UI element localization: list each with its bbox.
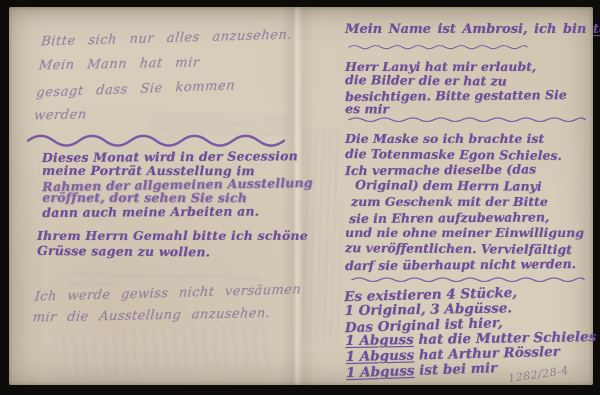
handwriting-line: Original) dem Herrn Lanyi — [345, 177, 584, 195]
wavy-divider — [352, 274, 584, 284]
handwriting-line: Ihrem Herrn Gemahl bitte ich schöne — [37, 228, 308, 244]
left-page-secession-block: Dieses Monat wird in der Secession meine… — [42, 149, 313, 220]
handwriting-line: zu veröffentlichen. Vervielfältigt — [345, 240, 584, 258]
handwriting-line: werden — [33, 99, 286, 129]
handwriting-line: dann auch meine Arbeiten an. — [42, 204, 313, 220]
handwriting-line: zum Geschenk mit der Bitte — [345, 194, 584, 210]
handwriting-line: Grüsse sagen zu wollen. — [37, 242, 308, 260]
handwriting-line: sie in Ehren aufzubewahren, — [345, 208, 584, 226]
handwriting-line: Mein Name ist Ambrosi, ich bin — [345, 22, 586, 37]
handwriting-line: und nie ohne meiner Einwilligung — [345, 225, 584, 241]
handwriting-line: eröffnet, dort sehen Sie sich — [42, 191, 313, 205]
wavy-divider — [349, 114, 585, 124]
handwriting-line: Die Maske so ich brachte ist — [345, 131, 584, 147]
handwriting-line: darf sie überhaupt nicht werden. — [345, 256, 584, 274]
right-page-permission-block: Herr Lanyi hat mir erlaubt, die Bilder d… — [345, 60, 567, 117]
left-page-reply-block: Bitte sich nur alles anzusehen. Mein Man… — [33, 23, 293, 130]
left-page-greeting-block: Ihrem Herrn Gemahl bitte ich schöne Grüs… — [37, 228, 308, 259]
right-page-mask-block: Die Maske so ich brachte ist die Totenma… — [345, 131, 584, 272]
left-page-reply-block-2: Ich werde gewiss nicht versäumen mir die… — [32, 279, 303, 330]
letter-photograph: Bitte sich nur alles anzusehen. Mein Man… — [0, 0, 600, 395]
wavy-underline — [349, 42, 527, 51]
underlined-word: taub — [593, 22, 600, 37]
wavy-divider — [28, 131, 284, 148]
right-page-headline: Mein Name ist Ambrosi, ich bin taub — [345, 22, 600, 37]
